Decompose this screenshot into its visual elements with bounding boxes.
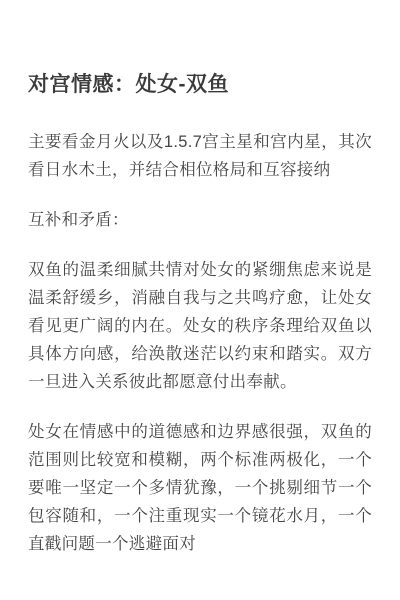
paragraph-complement: 双鱼的温柔细腻共情对处女的紧绷焦虑来说是温柔舒缓乡，消融自我与之共鸣疗愈，让处女… bbox=[28, 256, 372, 396]
paragraph-intro: 主要看金月火以及1.5.7宫主星和宫内星，其次看日水木土，并结合相位格局和互容接… bbox=[28, 128, 372, 184]
page-title: 对宫情感：处女-双鱼 bbox=[28, 70, 372, 100]
paragraph-contrast: 处女在情感中的道德感和边界感很强，双鱼的范围则比较宽和模糊，两个标准两极化，一个… bbox=[28, 418, 372, 558]
article-page: 对宫情感：处女-双鱼 主要看金月火以及1.5.7宫主星和宫内星，其次看日水木土，… bbox=[0, 0, 400, 600]
section-label-complement-and-conflict: 互补和矛盾： bbox=[28, 206, 372, 234]
